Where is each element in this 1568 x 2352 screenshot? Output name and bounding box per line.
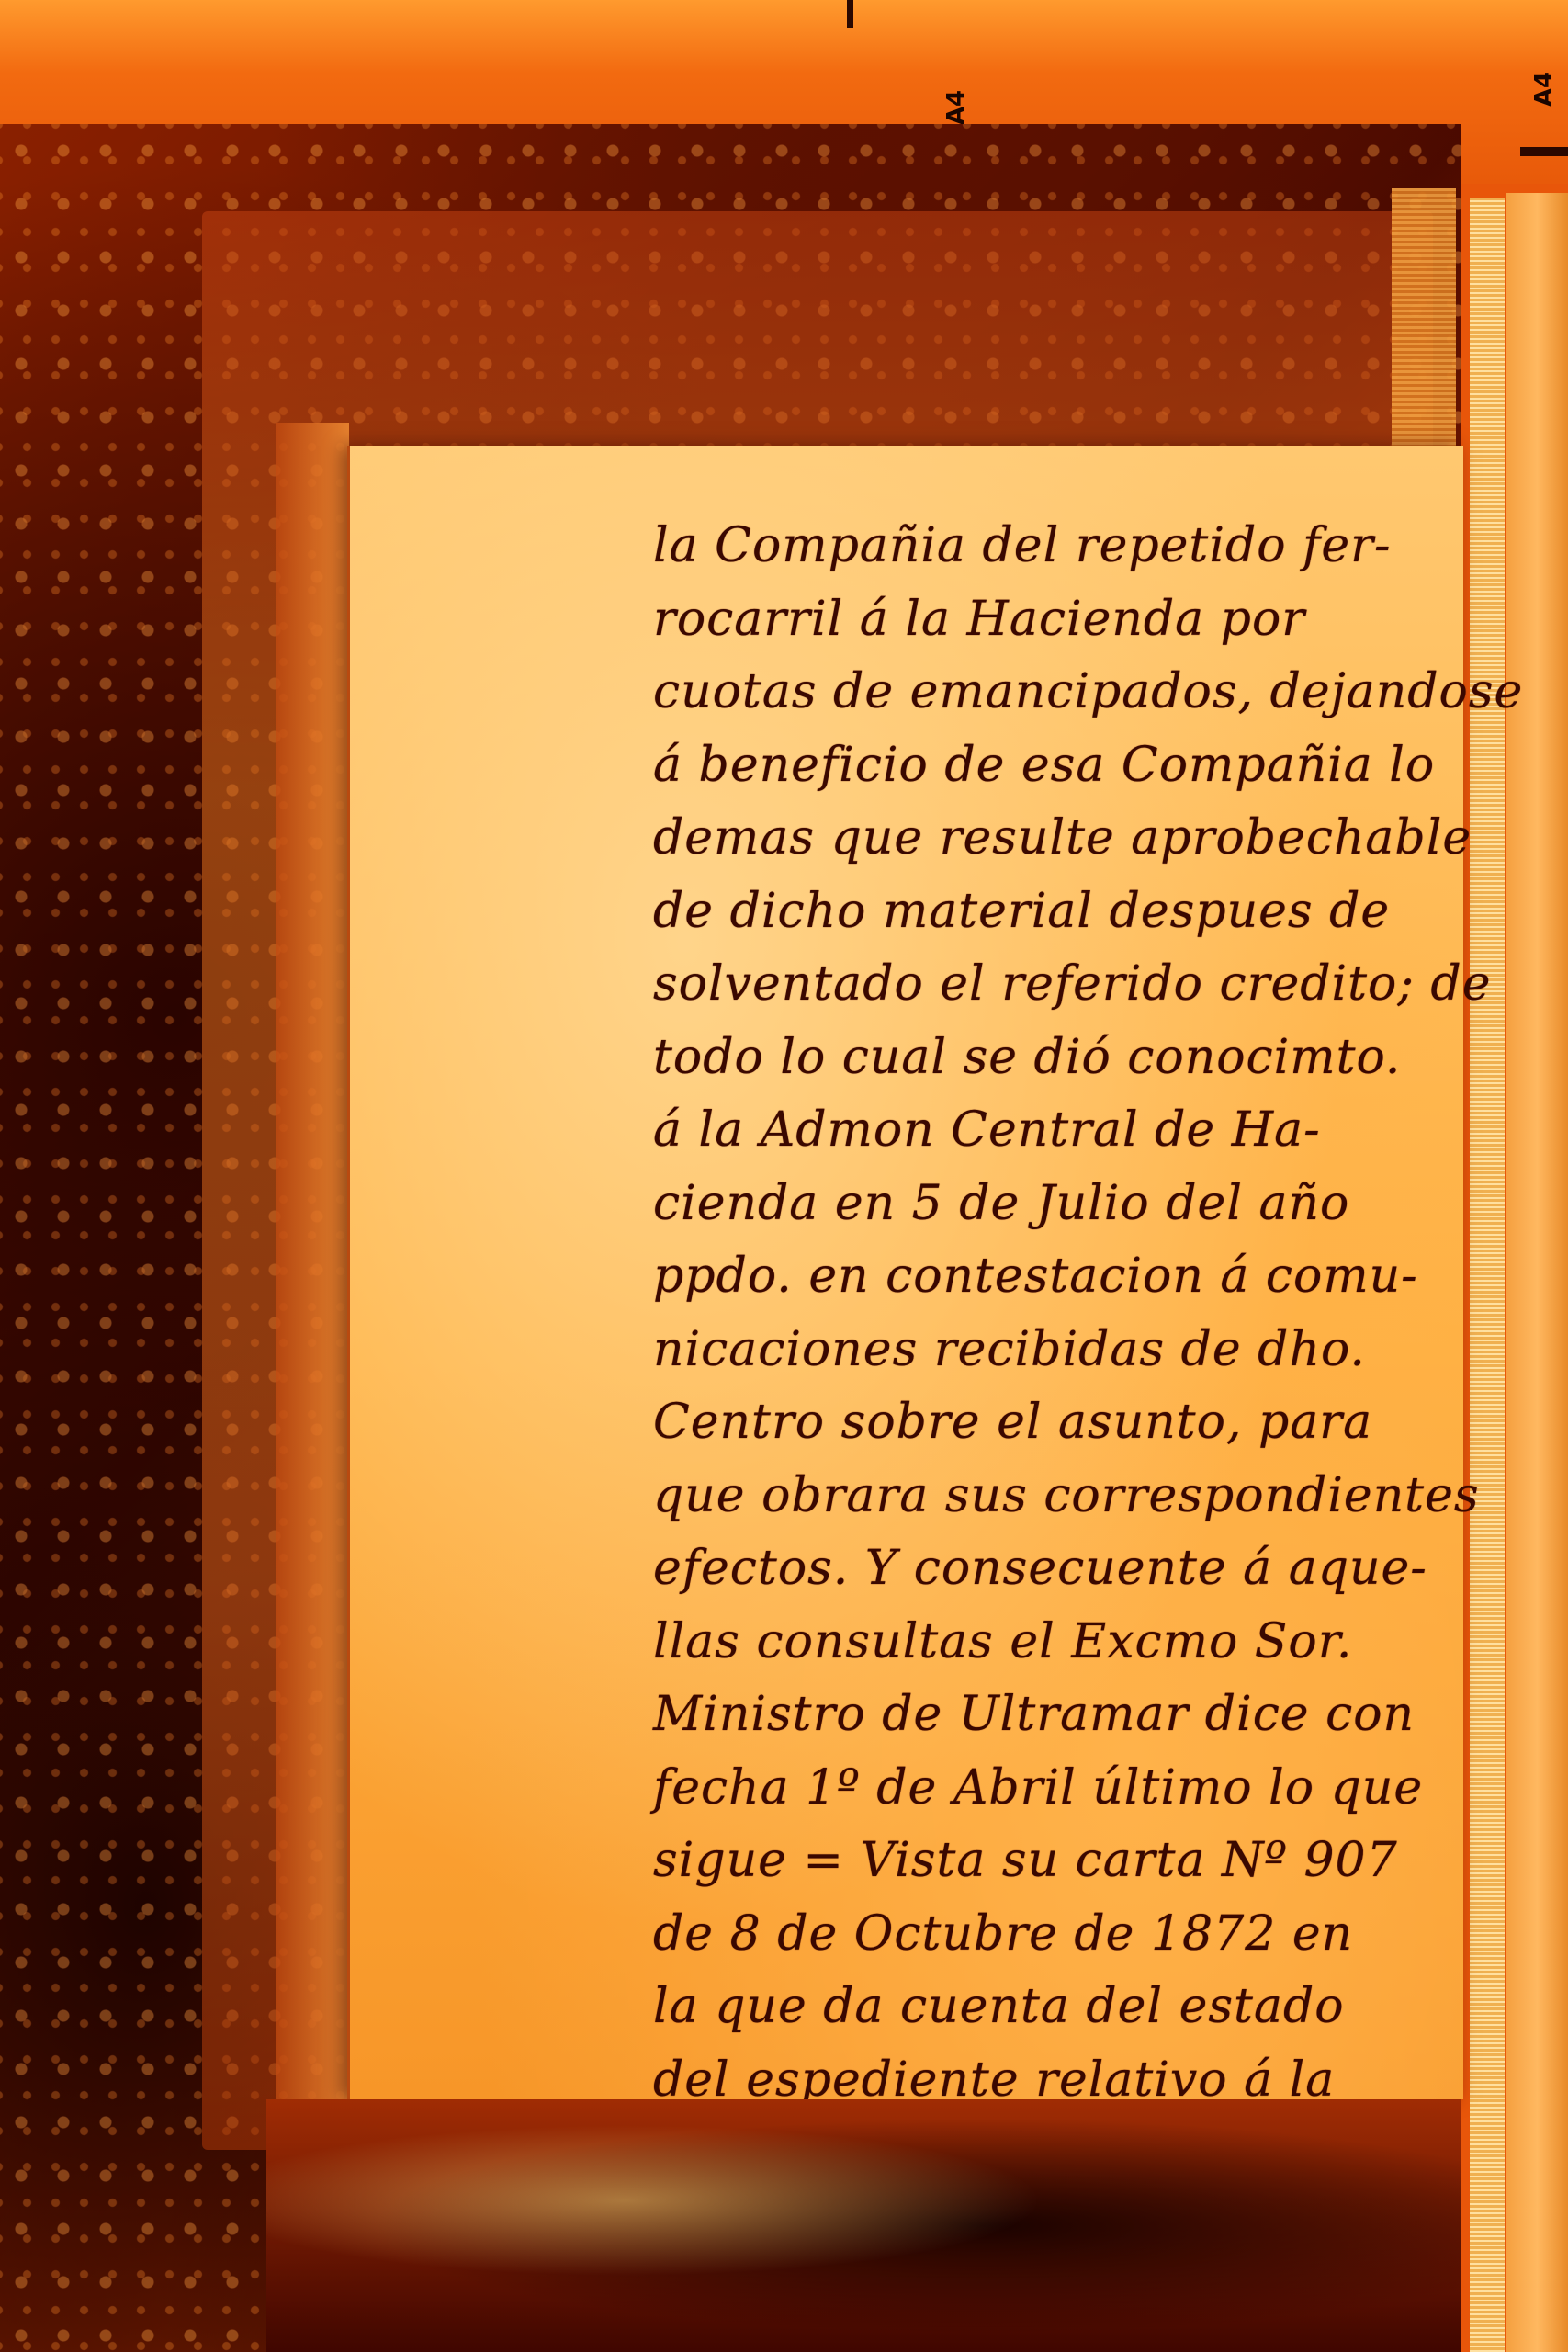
manuscript-line: cuotas de emancipados, dejandose	[653, 656, 1452, 729]
manuscript-line: ppdo. en contestacion á comu-	[653, 1240, 1452, 1314]
adjacent-page-edge	[1506, 193, 1568, 2352]
page-shadow	[276, 423, 349, 2122]
manuscript-line: solventado el referido credito; de	[653, 948, 1452, 1022]
manuscript-line: la que da cuenta del estado	[653, 1971, 1452, 2044]
manuscript-page: la Compañia del repetido fer- rocarril á…	[347, 446, 1463, 2099]
manuscript-line: demas que resulte aprobechable	[653, 802, 1452, 876]
manuscript-line: Centro sobre el asunto, para	[653, 1386, 1452, 1460]
manuscript-line: á beneficio de esa Compañia lo	[653, 729, 1452, 803]
manuscript-line: de 8 de Octubre de 1872 en	[653, 1898, 1452, 1972]
manuscript-line: que obrara sus correspondientes	[653, 1460, 1452, 1533]
binding-thread	[1470, 198, 1505, 2352]
manuscript-line: fecha 1º de Abril último lo que	[653, 1752, 1452, 1826]
manuscript-line: rocarril á la Hacienda por	[653, 583, 1452, 657]
manuscript-line: Ministro de Ultramar dice con	[653, 1679, 1452, 1752]
manuscript-line: todo lo cual se dió conocimto.	[653, 1022, 1452, 1095]
manuscript-line: sigue = Vista su carta Nº 907	[653, 1825, 1452, 1898]
manuscript-line: de dicho material despues de	[653, 876, 1452, 949]
manuscript-line: llas consultas el Excmo Sor.	[653, 1606, 1452, 1679]
manuscript-text: la Compañia del repetido fer- rocarril á…	[653, 510, 1452, 2190]
manuscript-line: á la Admon Central de Ha-	[653, 1094, 1452, 1168]
cover-bottom	[266, 2099, 1461, 2352]
manuscript-line: la Compañia del repetido fer-	[653, 510, 1452, 583]
a4-label-right: A4	[1530, 72, 1558, 107]
a4-label-left: A4	[942, 90, 970, 125]
manuscript-line: efectos. Y consecuente á aque-	[653, 1532, 1452, 1606]
manuscript-line: cienda en 5 de Julio del año	[653, 1168, 1452, 1241]
manuscript-line: nicaciones recibidas de dho.	[653, 1314, 1452, 1387]
ruler-mark-top	[847, 0, 853, 28]
ruler-mark-right	[1520, 147, 1568, 156]
